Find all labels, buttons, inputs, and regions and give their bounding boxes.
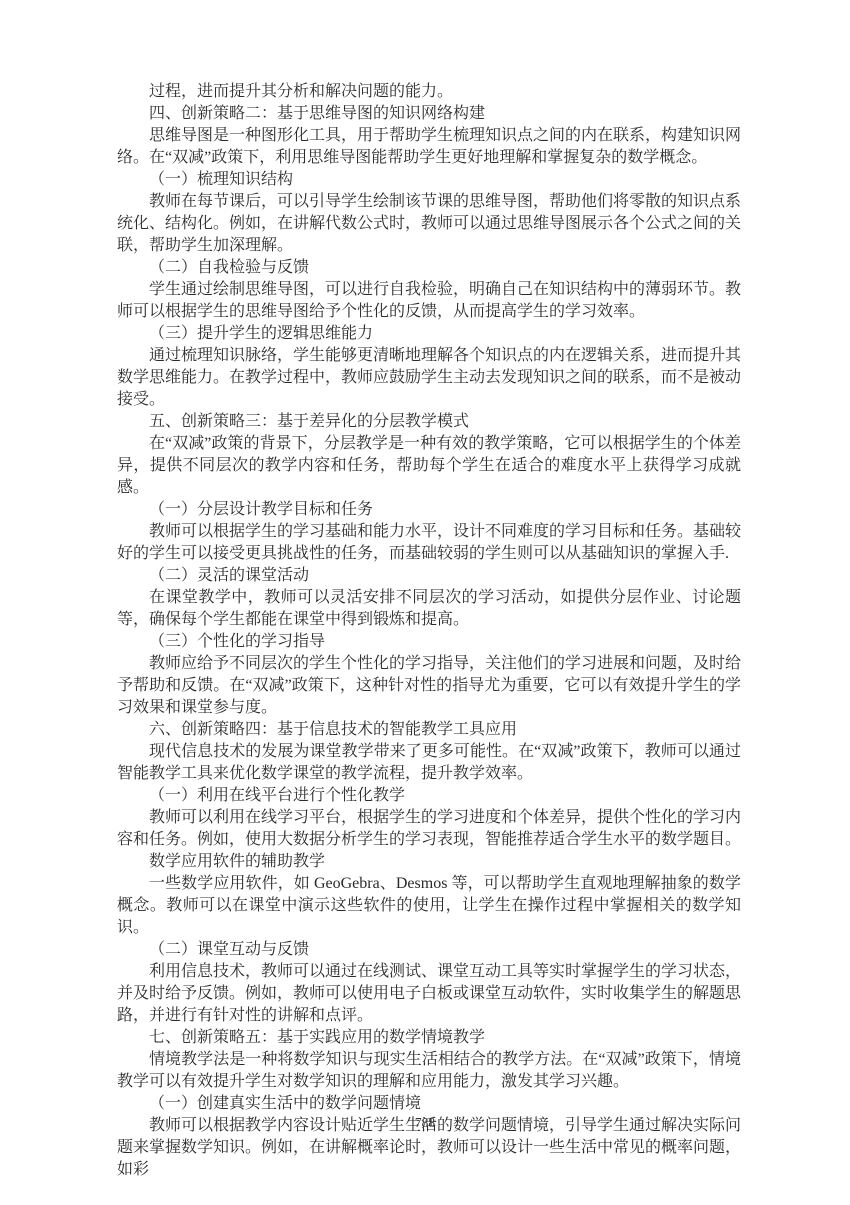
heading: 七、创新策略五：基于实践应用的数学情境教学 (117, 1027, 741, 1049)
subheading: （二）课堂互动与反馈 (117, 939, 741, 961)
paragraph: 教师在每节课后，可以引导学生绘制该节课的思维导图，帮助他们将零散的知识点系统化、… (117, 191, 741, 257)
heading: 五、创新策略三：基于差异化的分层教学模式 (117, 411, 741, 433)
document-body: 过程，进而提升其分析和解决问题的能力。四、创新策略二：基于思维导图的知识网络构建… (117, 81, 741, 1181)
subheading: （一）梳理知识结构 (117, 169, 741, 191)
subheading: （三）提升学生的逻辑思维能力 (117, 323, 741, 345)
subheading: （二）灵活的课堂活动 (117, 565, 741, 587)
heading: 四、创新策略二：基于思维导图的知识网络构建 (117, 103, 741, 125)
page-number: 788 (0, 1115, 850, 1131)
paragraph: 现代信息技术的发展为课堂教学带来了更多可能性。在“双减”政策下，教师可以通过智能… (117, 741, 741, 785)
subheading: （二）自我检验与反馈 (117, 257, 741, 279)
paragraph: 通过梳理知识脉络，学生能够更清晰地理解各个知识点的内在逻辑关系，进而提升其数学思… (117, 345, 741, 411)
paragraph: 教师可以根据学生的学习基础和能力水平，设计不同难度的学习目标和任务。基础较好的学… (117, 521, 741, 565)
paragraph: 教师应给予不同层次的学生个性化的学习指导，关注他们的学习进展和问题，及时给予帮助… (117, 653, 741, 719)
paragraph: 过程，进而提升其分析和解决问题的能力。 (117, 81, 741, 103)
document-page: 过程，进而提升其分析和解决问题的能力。四、创新策略二：基于思维导图的知识网络构建… (0, 0, 850, 1205)
subheading: （一）分层设计教学目标和任务 (117, 499, 741, 521)
paragraph: 情境教学法是一种将数学知识与现实生活相结合的教学方法。在“双减”政策下，情境教学… (117, 1049, 741, 1093)
paragraph: 思维导图是一种图形化工具，用于帮助学生梳理知识点之间的内在联系，构建知识网络。在… (117, 125, 741, 169)
subheading: （三）个性化的学习指导 (117, 631, 741, 653)
paragraph: 教师可以利用在线学习平台，根据学生的学习进度和个体差异，提供个性化的学习内容和任… (117, 807, 741, 851)
paragraph: 在“双减”政策的背景下，分层教学是一种有效的教学策略，它可以根据学生的个体差异，… (117, 433, 741, 499)
subheading: 数学应用软件的辅助教学 (117, 851, 741, 873)
paragraph: 在课堂教学中，教师可以灵活安排不同层次的学习活动，如提供分层作业、讨论题等，确保… (117, 587, 741, 631)
subheading: （一）利用在线平台进行个性化教学 (117, 785, 741, 807)
paragraph: 利用信息技术，教师可以通过在线测试、课堂互动工具等实时掌握学生的学习状态，并及时… (117, 961, 741, 1027)
paragraph: 学生通过绘制思维导图，可以进行自我检验，明确自己在知识结构中的薄弱环节。教师可以… (117, 279, 741, 323)
heading: 六、创新策略四：基于信息技术的智能教学工具应用 (117, 719, 741, 741)
subheading: （一）创建真实生活中的数学问题情境 (117, 1093, 741, 1115)
paragraph: 一些数学应用软件，如 GeoGebra、Desmos 等，可以帮助学生直观地理解… (117, 873, 741, 939)
